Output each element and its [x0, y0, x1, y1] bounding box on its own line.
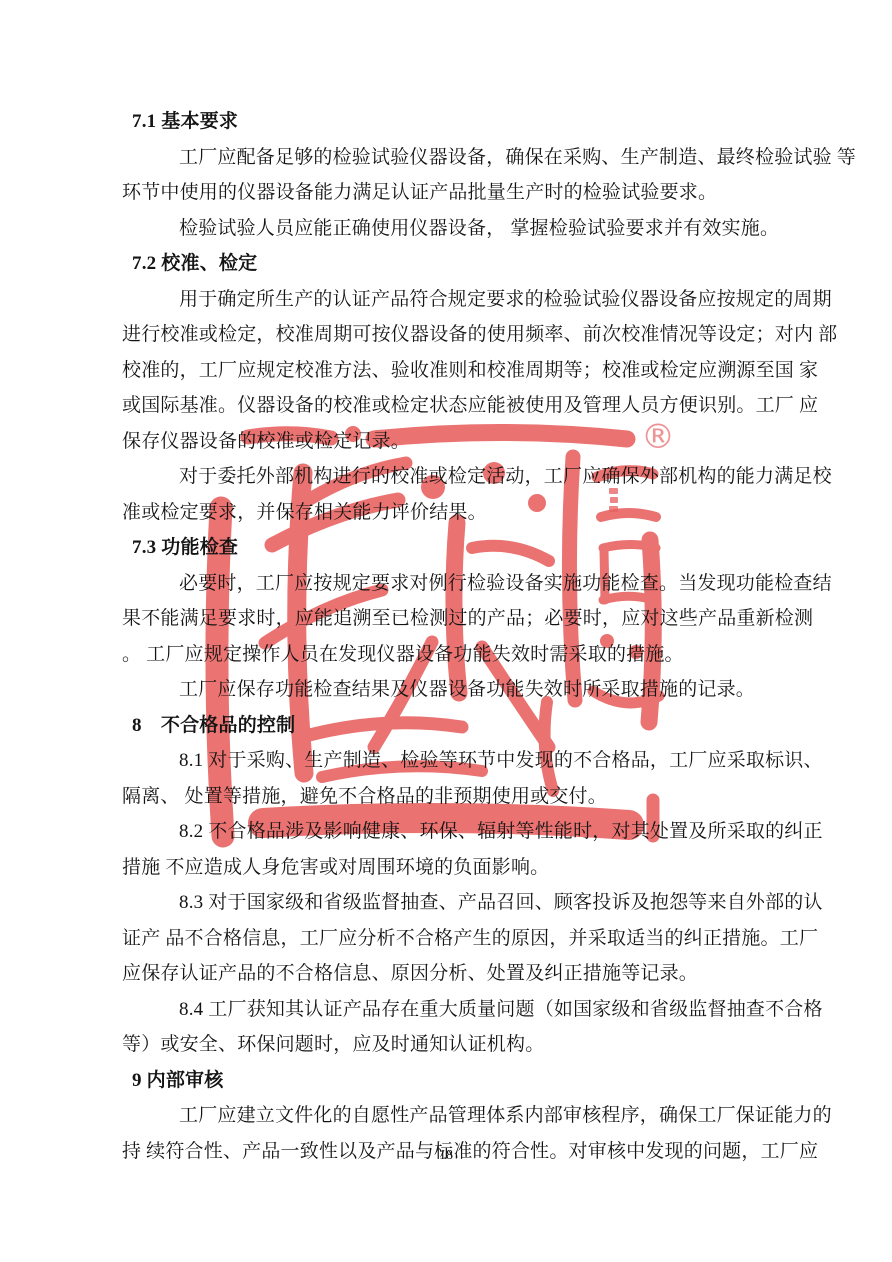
text-line: 隔离、 处置等措施，避免不合格品的非预期使用或交付。 — [122, 779, 782, 815]
text-line: 用于确定所生产的认证产品符合规定要求的检验试验仪器设备应按规定的周期 — [122, 282, 782, 318]
text-line: 工厂应配备足够的检验试验仪器设备，确保在采购、生产制造、最终检验试验 等 — [122, 140, 782, 176]
section-heading: 7.2 校准、检定 — [122, 246, 782, 282]
page-number: 18 — [0, 1148, 892, 1164]
text-line: 进行校准或检定，校准周期可按仪器设备的使用频率、前次校准情况等设定；对内 部 — [122, 317, 782, 353]
text-line: 。 工厂应规定操作人员在发现仪器设备功能失效时需采取的措施。 — [122, 637, 782, 673]
document-body: 7.1 基本要求工厂应配备足够的检验试验仪器设备，确保在采购、生产制造、最终检验… — [122, 104, 782, 1169]
text-line: 等）或安全、环保问题时，应及时通知认证机构。 — [122, 1027, 782, 1063]
page-background: ® 7.1 基本要求工厂应配备足够的检验试验仪器设备，确保在采购、生产制造、最终… — [0, 0, 892, 1262]
text-line: 检验试验人员应能正确使用仪器设备， 掌握检验试验要求并有效实施。 — [122, 211, 782, 247]
section-heading: 7.3 功能检查 — [122, 530, 782, 566]
text-line: 环节中使用的仪器设备能力满足认证产品批量生产时的检验试验要求。 — [122, 175, 782, 211]
text-line: 果不能满足要求时，应能追溯至已检测过的产品；必要时，应对这些产品重新检测 — [122, 601, 782, 637]
text-line: 应保存认证产品的不合格信息、原因分析、处置及纠正措施等记录。 — [122, 956, 782, 992]
text-line: 措施 不应造成人身危害或对周围环境的负面影响。 — [122, 850, 782, 886]
text-line: 8.3 对于国家级和省级监督抽查、产品召回、顾客投诉及抱怨等来自外部的认 — [122, 885, 782, 921]
section-heading: 7.1 基本要求 — [122, 104, 782, 140]
text-line: 必要时，工厂应按规定要求对例行检验设备实施功能检查。当发现功能检查结 — [122, 566, 782, 602]
section-heading: 8 不合格品的控制 — [122, 708, 782, 744]
text-line: 8.4 工厂获知其认证产品存在重大质量问题（如国家级和省级监督抽查不合格 — [122, 992, 782, 1028]
text-line: 保存仪器设备的校准或检定记录。 — [122, 424, 782, 460]
text-line: 或国际基准。仪器设备的校准或检定状态应能被使用及管理人员方便识别。工厂 应 — [122, 388, 782, 424]
text-line: 工厂应保存功能检查结果及仪器设备功能失效时所采取措施的记录。 — [122, 672, 782, 708]
text-line: 工厂应建立文件化的自愿性产品管理体系内部审核程序，确保工厂保证能力的 — [122, 1098, 782, 1134]
text-line: 校准的，工厂应规定校准方法、验收准则和校准周期等；校准或检定应溯源至国 家 — [122, 353, 782, 389]
section-heading: 9 内部审核 — [122, 1063, 782, 1099]
text-line: 准或检定要求，并保存相关能力评价结果。 — [122, 495, 782, 531]
document-page: { "page": { "number": "18", "background_… — [0, 0, 892, 1262]
text-line: 对于委托外部机构进行的校准或检定活动，工厂应确保外部机构的能力满足校 — [122, 459, 782, 495]
text-line: 8.2 不合格品涉及影响健康、环保、辐射等性能时，对其处置及所采取的纠正 — [122, 814, 782, 850]
text-line: 8.1 对于采购、生产制造、检验等环节中发现的不合格品，工厂应采取标识、 — [122, 743, 782, 779]
text-line: 证产 品不合格信息，工厂应分析不合格产生的原因，并采取适当的纠正措施。工厂 — [122, 921, 782, 957]
